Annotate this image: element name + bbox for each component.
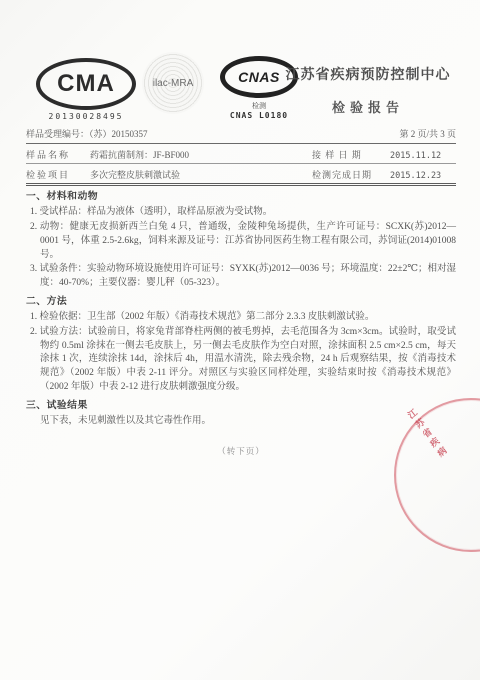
report-title: 检验报告: [268, 97, 468, 116]
completion-date-value: 2015.12.23: [390, 171, 456, 181]
test-item-label: 检验项目: [26, 168, 84, 181]
meta-top-row: 样品受理编号：（苏）20150357 第 2 页/共 3 页: [26, 127, 456, 144]
report-header: 江苏省疾病预防控制中心 检验报告: [268, 64, 468, 116]
report-body: 一、材料和动物 1. 受试样品：样品为液体（透明），取样品原液为受试物。 2. …: [26, 186, 456, 457]
test-item-value: 多次完整皮肤刺激试验: [84, 168, 312, 181]
materials-item-conditions: 3. 试验条件：实验动物环境设施使用许可证号：SYXK(苏)2012—0036 …: [26, 263, 456, 291]
sample-name-value: 药霜抗菌制剂：JF-BF000: [84, 148, 312, 161]
continuation-note: （转下页）: [26, 445, 456, 457]
stamp-text: 江苏省疾病: [402, 406, 452, 463]
official-stamp-partial: 江苏省疾病: [394, 398, 480, 552]
materials-item-animals: 2. 动物：健康无皮损新西兰白兔 4 只，普通级，金陵种兔场提供，生产许可证号：…: [26, 221, 456, 262]
cma-logo: CMA 20130028495: [34, 58, 138, 121]
ilac-mra-logo: ilac-MRA: [142, 52, 204, 114]
materials-item-sample: 1. 受试样品：样品为液体（透明），取样品原液为受试物。: [26, 206, 456, 220]
section-title-results: 三、试验结果: [26, 399, 456, 413]
methods-item-basis: 1. 检验依据：卫生部（2002 年版）《消毒技术规范》第二部分 2.3.3 皮…: [26, 311, 456, 325]
methods-item-procedure: 2. 试验方法：试验前日，将家兔背部脊柱两侧的被毛剪掉，去毛范围各为 3cm×3…: [26, 326, 456, 395]
receive-date-label: 接 样 日 期: [312, 148, 390, 161]
cma-certificate-number: 20130028495: [34, 112, 138, 121]
ilac-mra-label: ilac-MRA: [153, 78, 194, 89]
receive-date-value: 2015.11.12: [390, 151, 456, 161]
table-row: 检验项目 多次完整皮肤刺激试验 检测完成日期 2015.12.23: [26, 164, 456, 186]
sample-meta-table: 样品受理编号：（苏）20150357 第 2 页/共 3 页 样品名称 药霜抗菌…: [26, 127, 456, 186]
section-title-materials: 一、材料和动物: [26, 190, 456, 204]
results-summary: 见下表，未见刺激性以及其它毒性作用。: [26, 415, 456, 429]
table-row: 样品名称 药霜抗菌制剂：JF-BF000 接 样 日 期 2015.11.12: [26, 144, 456, 164]
section-title-methods: 二、方法: [26, 295, 456, 309]
organization-name: 江苏省疾病预防控制中心: [268, 64, 468, 84]
completion-date-label: 检测完成日期: [312, 168, 390, 181]
sample-name-label: 样品名称: [26, 148, 84, 161]
cma-mark-icon: CMA: [36, 58, 136, 110]
page-indicator: 第 2 页/共 3 页: [399, 127, 456, 140]
acceptance-number: 样品受理编号：（苏）20150357: [26, 127, 148, 140]
